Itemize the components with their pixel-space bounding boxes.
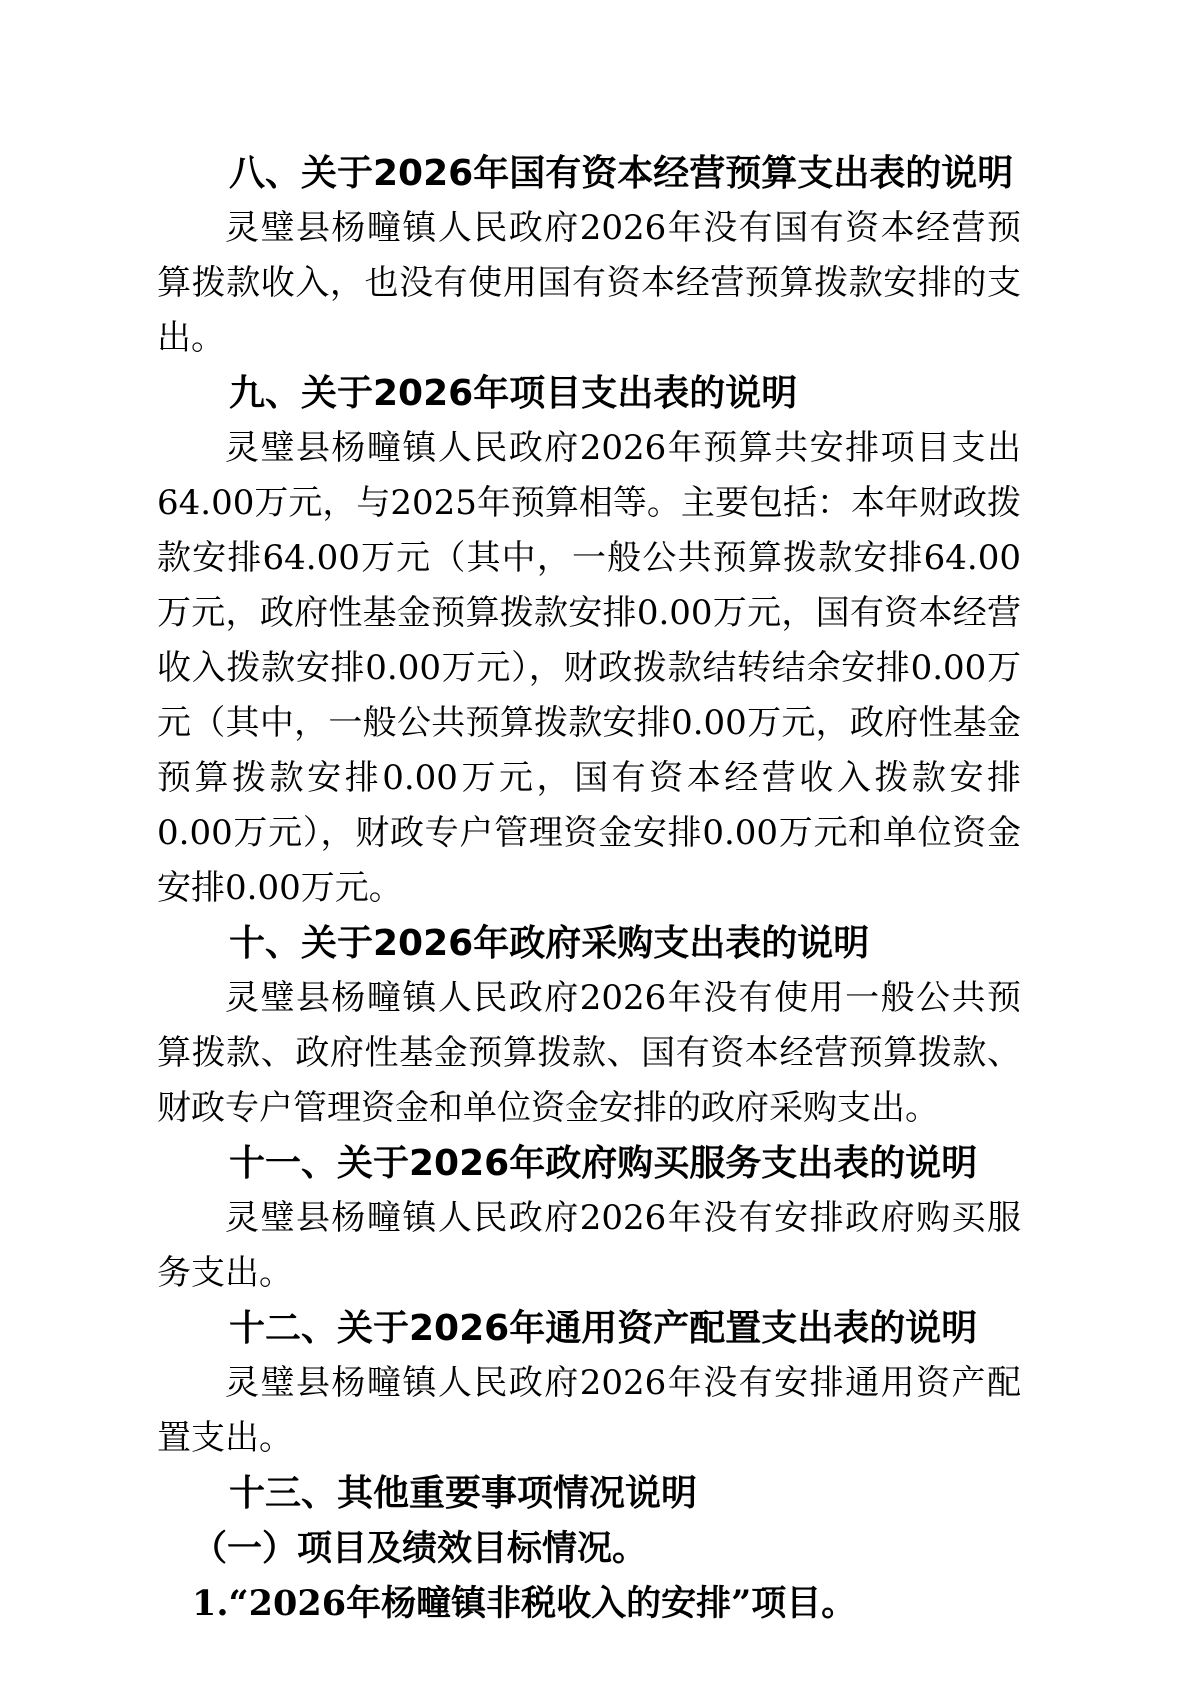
section-heading-9: 九、关于2026年项目支出表的说明 — [157, 366, 1021, 421]
section-paragraph-10: 灵璧县杨疃镇人民政府2026年没有使用一般公共预算拨款、政府性基金预算拨款、国有… — [157, 971, 1021, 1136]
section-paragraph-12: 灵璧县杨疃镇人民政府2026年没有安排通用资产配置支出。 — [157, 1356, 1021, 1466]
document-page: 八、关于2026年国有资本经营预算支出表的说明 灵璧县杨疃镇人民政府2026年没… — [0, 0, 1190, 1684]
section-paragraph-11: 灵璧县杨疃镇人民政府2026年没有安排政府购买服务支出。 — [157, 1191, 1021, 1301]
list-item-13-project-1: 1.“2026年杨疃镇非税收入的安排”项目。 — [157, 1576, 1021, 1631]
section-heading-13: 十三、其他重要事项情况说明 — [157, 1466, 1021, 1521]
section-heading-12: 十二、关于2026年通用资产配置支出表的说明 — [157, 1301, 1021, 1356]
section-heading-8: 八、关于2026年国有资本经营预算支出表的说明 — [157, 146, 1021, 201]
section-heading-11: 十一、关于2026年政府购买服务支出表的说明 — [157, 1136, 1021, 1191]
subheading-13-projects-and-performance: （一）项目及绩效目标情况。 — [157, 1521, 1021, 1576]
document-content: 八、关于2026年国有资本经营预算支出表的说明 灵璧县杨疃镇人民政府2026年没… — [157, 146, 1021, 1631]
section-paragraph-8: 灵璧县杨疃镇人民政府2026年没有国有资本经营预算拨款收入，也没有使用国有资本经… — [157, 201, 1021, 366]
section-paragraph-9: 灵璧县杨疃镇人民政府2026年预算共安排项目支出64.00万元，与2025年预算… — [157, 421, 1021, 916]
section-heading-10: 十、关于2026年政府采购支出表的说明 — [157, 916, 1021, 971]
